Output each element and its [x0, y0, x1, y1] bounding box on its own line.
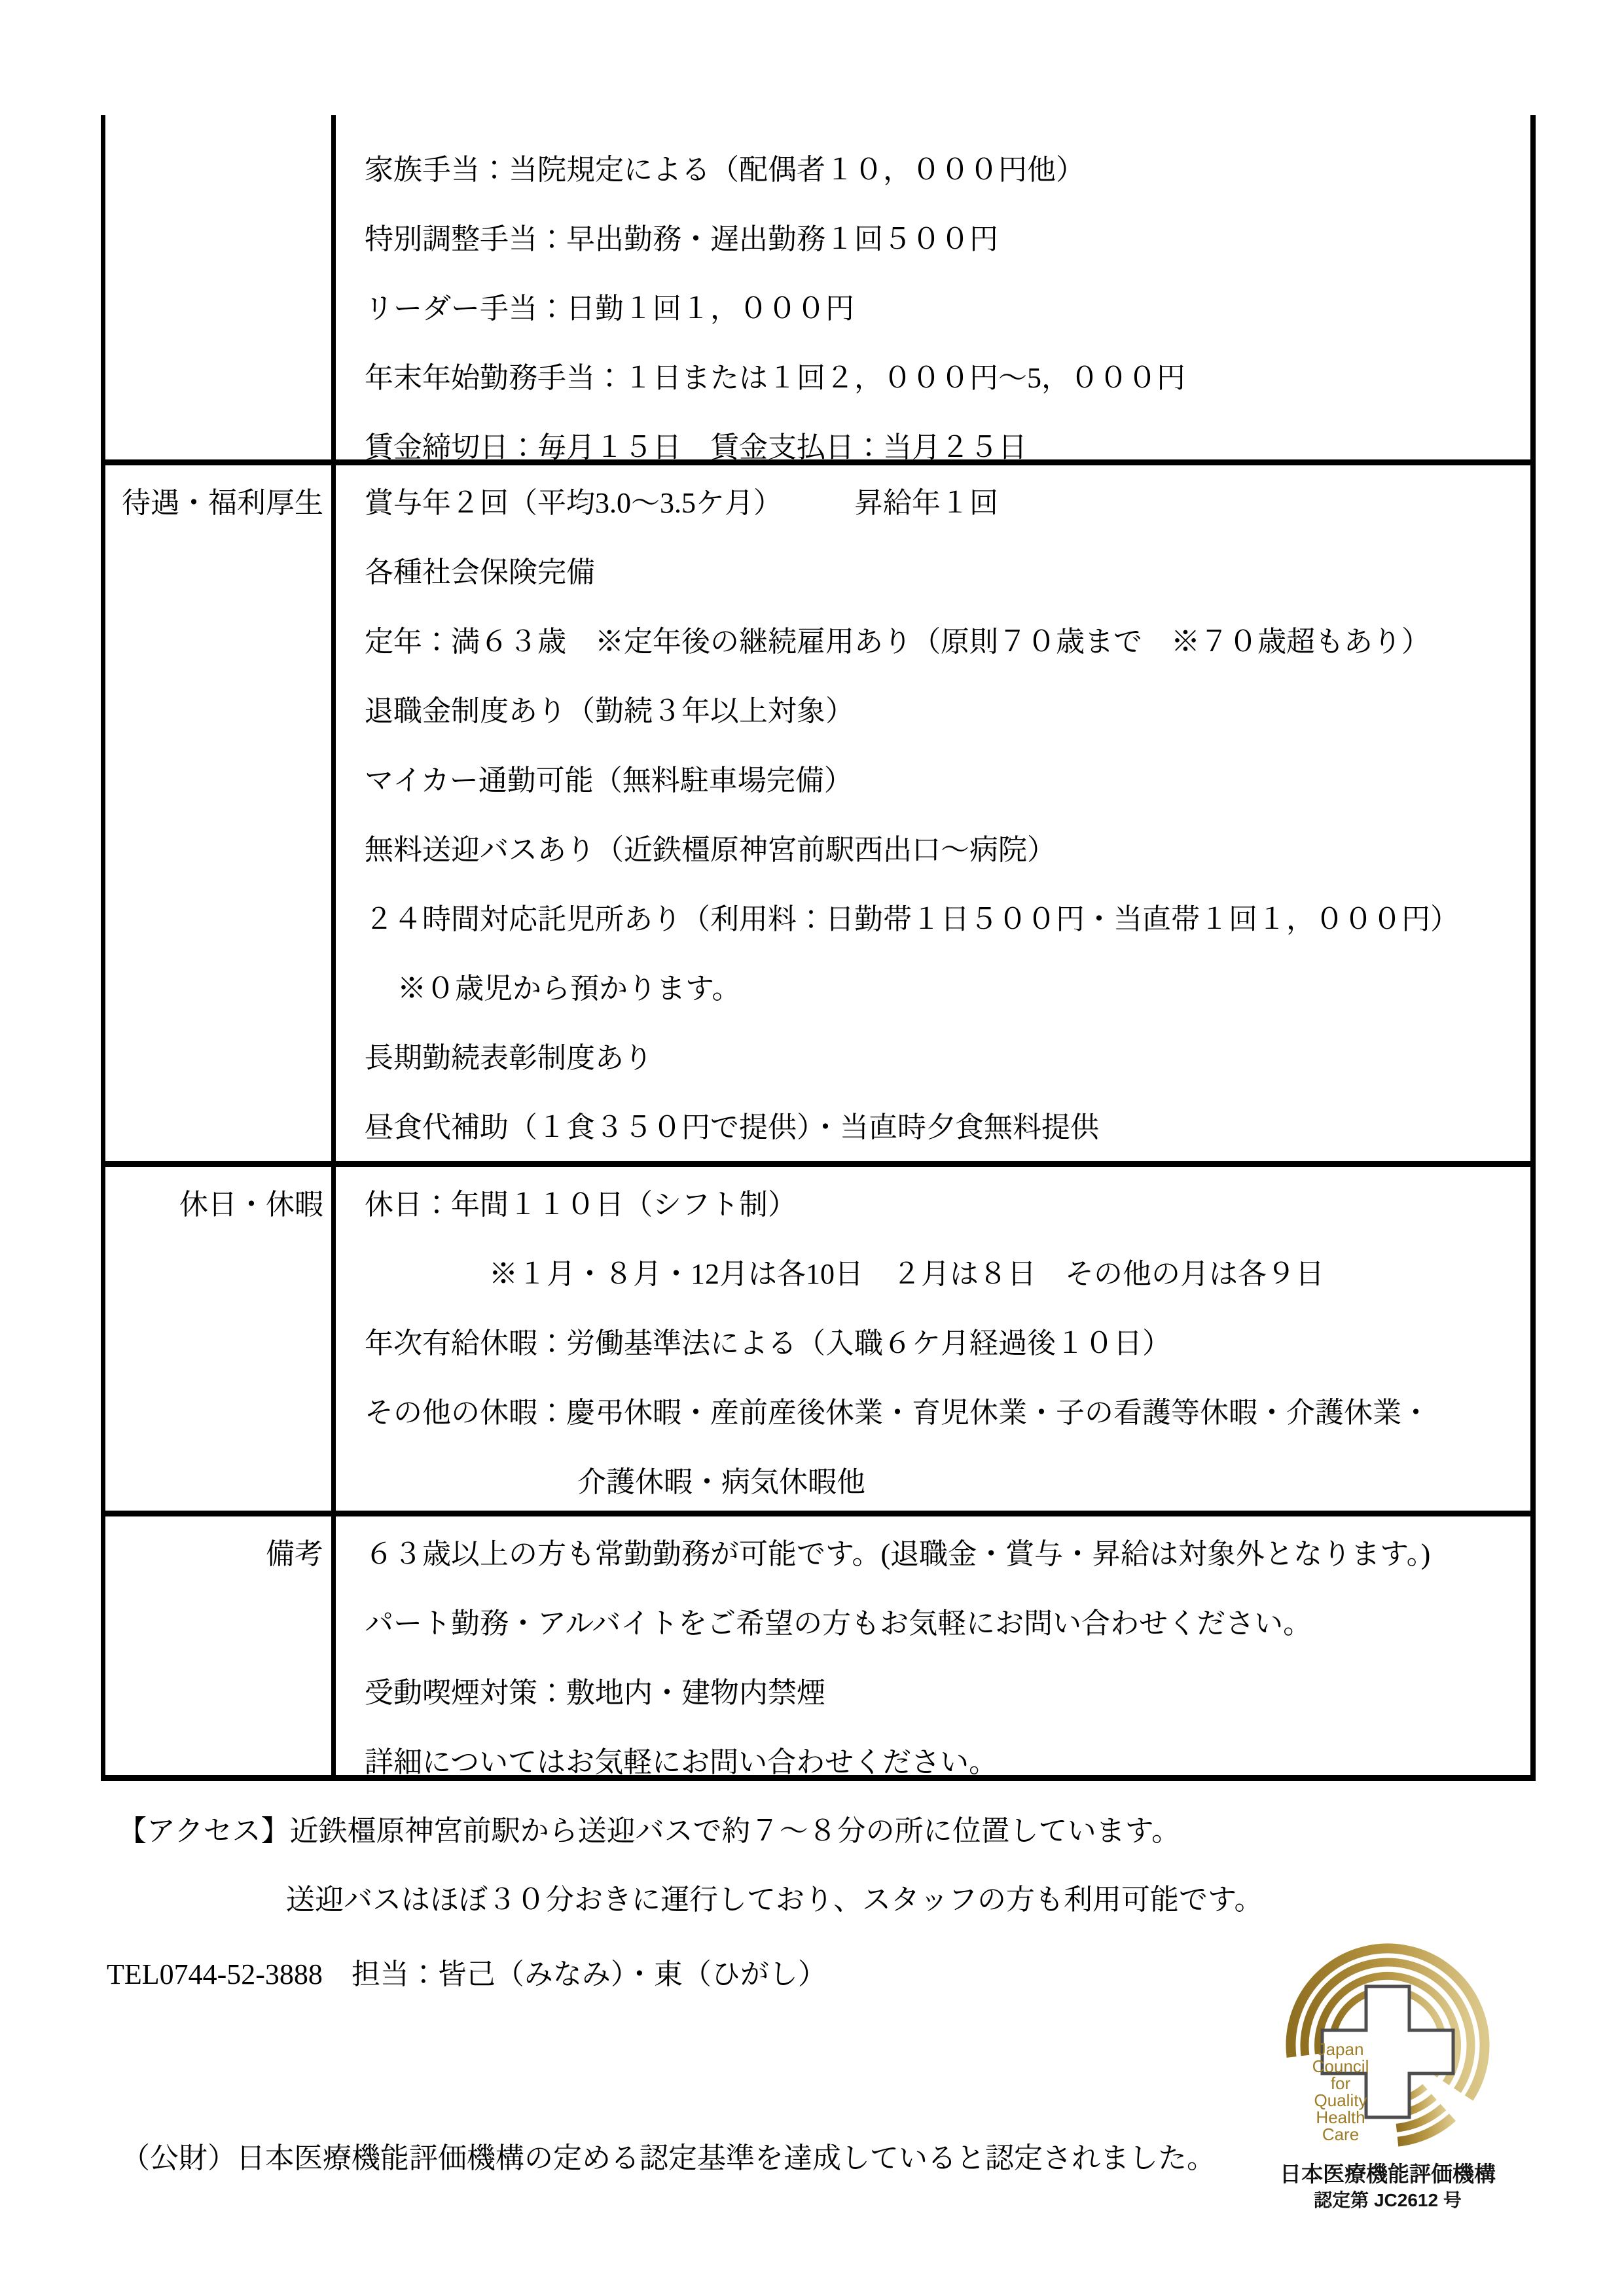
table-row-notes: 備考 ６３歳以上の方も常勤勤務が可能です。(退職金・賞与・昇給は対象外となります…: [105, 1516, 1530, 1775]
benefits-line-retirement-age: 定年：満６３歳 ※定年後の継続雇用あり（原則７０歳まで ※７０歳超もあり）: [365, 604, 1530, 673]
holidays-line-other-leave-cont: 介護休暇・病気休暇他: [365, 1444, 1530, 1511]
row-label-cell-holidays: 休日・休暇: [105, 1167, 336, 1511]
wage-line-yearend-allowance: 年末年始勤務手当：１日または１回２，０００円～5，０００円: [365, 340, 1530, 410]
benefits-line-shuttle-bus: 無料送迎バスあり（近鉄橿原神宮前駅西出口～病院）: [365, 812, 1530, 882]
jcqhc-logo: Japan Council for Quality Health Care 日本…: [1276, 1931, 1499, 2212]
jcqhc-org-name-jp: 日本医療機能評価機構: [1276, 2157, 1499, 2188]
benefits-line-car-commute: マイカー通勤可能（無料駐車場完備）: [365, 743, 1530, 812]
job-conditions-table: 家族手当：当院規定による（配偶者１０，０００円他） 特別調整手当：早出勤務・遅出…: [101, 115, 1536, 1781]
benefits-line-nursery: ２４時間対応託児所あり（利用料：日勤帯１日５００円・当直帯１回１，０００円）: [365, 882, 1530, 951]
holidays-line-other-leave: その他の休暇：慶弔休暇・産前産後休業・育児休業・子の看護等休暇・介護休業・: [365, 1375, 1530, 1444]
table-bottom-border: [105, 1775, 1530, 1781]
table-row-holidays: 休日・休暇 休日：年間１１０日（シフト制） ※１月・８月・12月は各10日 ２月…: [105, 1167, 1530, 1511]
holidays-line-paid-leave: 年次有給休暇：労働基準法による（入職６ケ月経過後１０日）: [365, 1306, 1530, 1375]
row-label-holidays: 休日・休暇: [105, 1167, 323, 1236]
benefits-line-long-service: 長期勤続表彰制度あり: [365, 1020, 1530, 1090]
holidays-line-monthly-note: ※１月・８月・12月は各10日 ２月は８日 その他の月は各９日: [365, 1236, 1530, 1306]
document-page: 家族手当：当院規定による（配偶者１０，０００円他） 特別調整手当：早出勤務・遅出…: [0, 0, 1624, 2296]
holidays-cell: 休日：年間１１０日（シフト制） ※１月・８月・12月は各10日 ２月は８日 その…: [336, 1167, 1530, 1511]
benefits-line-bonus: 賞与年２回（平均3.0～3.5ケ月） 昇給年１回: [365, 465, 1530, 535]
table-row-benefits: 待遇・福利厚生 賞与年２回（平均3.0～3.5ケ月） 昇給年１回 各種社会保険完…: [105, 465, 1530, 1161]
benefits-line-insurance: 各種社会保険完備: [365, 535, 1530, 604]
jcqhc-cert-number: 認定第 JC2612 号: [1276, 2186, 1499, 2212]
access-info-line1: 【アクセス】近鉄橿原神宮前駅から送迎バスで約７～８分の所に位置しています。: [118, 1793, 1180, 1863]
benefits-cell: 賞与年２回（平均3.0～3.5ケ月） 昇給年１回 各種社会保険完備 定年：満６３…: [336, 465, 1530, 1161]
wage-line-leader-allowance: リーダー手当：日勤１回１，０００円: [365, 271, 1530, 340]
logo-wordmark: Japan Council for Quality Health Care: [1312, 2039, 1369, 2144]
certification-statement: （公財）日本医療機能評価機構の定める認定基準を達成していると認定されました。: [121, 2121, 1216, 2190]
notes-line-smoking: 受動喫煙対策：敷地内・建物内禁煙: [365, 1655, 1530, 1725]
holidays-line-annual: 休日：年間１１０日（シフト制）: [365, 1167, 1530, 1236]
row-divider: [105, 459, 1530, 465]
benefits-line-lunch-subsidy: 昼食代補助（１食３５０円で提供）・当直時夕食無料提供: [365, 1090, 1530, 1159]
phone-contact-line: TEL0744-52-3888 担当：皆己（みなみ）・東（ひがし）: [107, 1937, 827, 2006]
wage-line-payday: 賃金締切日：毎月１５日 賃金支払日：当月２５日: [365, 410, 1530, 459]
notes-line-contact: 詳細についてはお気軽にお問い合わせください。: [365, 1725, 1530, 1775]
row-label-benefits: 待遇・福利厚生: [105, 465, 323, 535]
notes-line-over63: ６３歳以上の方も常勤勤務が可能です。(退職金・賞与・昇給は対象外となります。): [365, 1516, 1530, 1586]
row-label-cell-notes: 備考: [105, 1516, 336, 1775]
row-divider: [105, 1511, 1530, 1516]
notes-line-parttime: パート勤務・アルバイトをご希望の方もお気軽にお問い合わせください。: [365, 1586, 1530, 1655]
table-row-wage-details: 家族手当：当院規定による（配偶者１０，０００円他） 特別調整手当：早出勤務・遅出…: [105, 115, 1530, 459]
row-divider: [105, 1161, 1530, 1167]
row-label-cell-empty: [105, 115, 336, 459]
row-label-notes: 備考: [105, 1516, 323, 1586]
wage-details-cell: 家族手当：当院規定による（配偶者１０，０００円他） 特別調整手当：早出勤務・遅出…: [336, 115, 1530, 459]
row-label-cell-benefits: 待遇・福利厚生: [105, 465, 336, 1161]
benefits-line-retirement-pay: 退職金制度あり（勤続３年以上対象）: [365, 673, 1530, 743]
notes-cell: ６３歳以上の方も常勤勤務が可能です。(退職金・賞与・昇給は対象外となります。) …: [336, 1516, 1530, 1775]
wage-line-special-allowance: 特別調整手当：早出勤務・遅出勤務１回５００円: [365, 202, 1530, 271]
wage-line-family-allowance: 家族手当：当院規定による（配偶者１０，０００円他）: [365, 132, 1530, 202]
benefits-line-nursery-note: ※０歳児から預かります。: [365, 951, 1530, 1020]
logo-word-care: Care: [1322, 2125, 1359, 2144]
access-info-line2: 送迎バスはほぼ３０分おきに運行しており、スタッフの方も利用可能です。: [286, 1862, 1263, 1931]
jcqhc-logo-icon: Japan Council for Quality Health Care: [1276, 1931, 1499, 2153]
